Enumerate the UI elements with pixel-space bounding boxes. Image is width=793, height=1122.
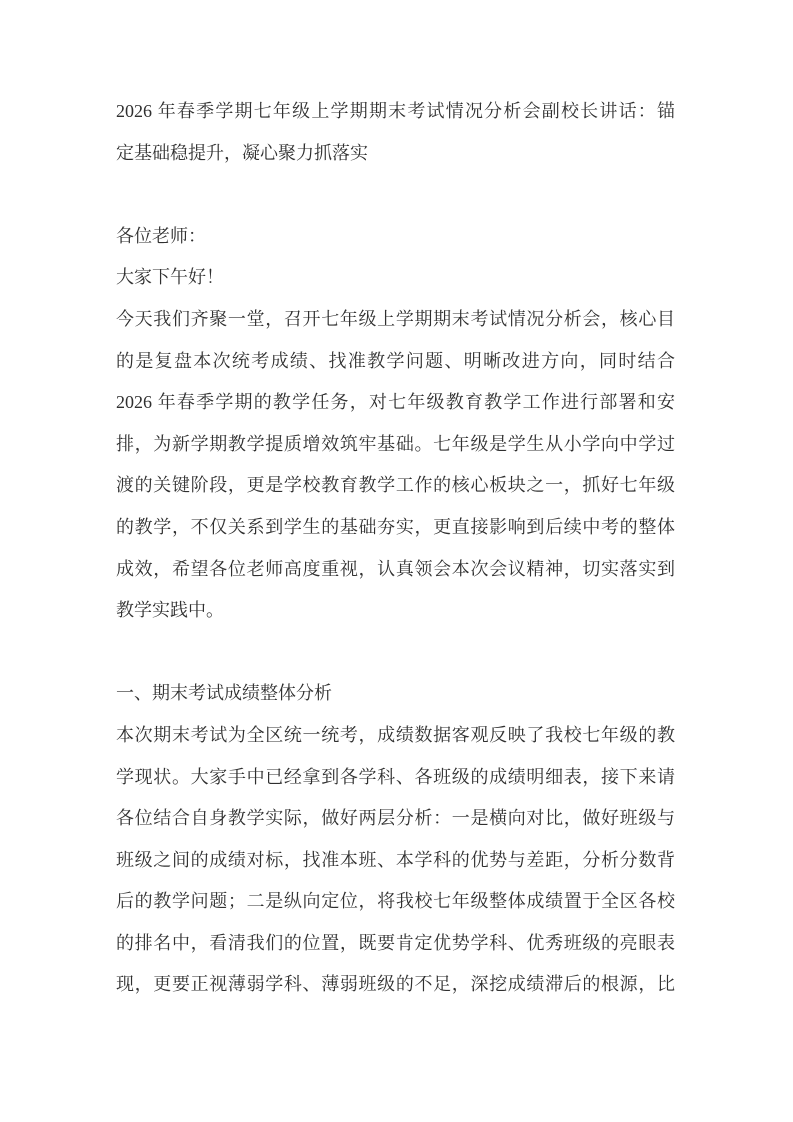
- text-line: 各位结合自身教学实际，做好两层分析：一是横向对比，做好班级与: [116, 798, 675, 840]
- blank-line: [116, 174, 675, 216]
- text-line: 现，更要正视薄弱学科、薄弱班级的不足，深挖成绩滞后的根源，比: [116, 964, 675, 1006]
- text-line: 渡的关键阶段，更是学校教育教学工作的核心板块之一，抓好七年级: [116, 465, 675, 507]
- text-line: 2026 年春季学期七年级上学期期末考试情况分析会副校长讲话：锚: [116, 91, 675, 133]
- blank-line: [116, 632, 675, 674]
- text-line: 学现状。大家手中已经拿到各学科、各班级的成绩明细表，接下来请: [116, 757, 675, 799]
- text-line: 一、期末考试成绩整体分析: [116, 673, 675, 715]
- text-line: 排，为新学期教学提质增效筑牢基础。七年级是学生从小学向中学过: [116, 424, 675, 466]
- salutation: 各位老师：: [116, 216, 675, 258]
- text-line: 各位老师：: [116, 216, 675, 258]
- section-1-paragraph: 本次期末考试为全区统一统考，成绩数据客观反映了我校七年级的教学现状。大家手中已经…: [116, 715, 675, 1006]
- opening-paragraph: 今天我们齐聚一堂，召开七年级上学期期末考试情况分析会，核心目的是复盘本次统考成绩…: [116, 299, 675, 632]
- section-heading-1: 一、期末考试成绩整体分析: [116, 673, 675, 715]
- document-page: 2026 年春季学期七年级上学期期末考试情况分析会副校长讲话：锚定基础稳提升，凝…: [0, 0, 793, 1122]
- text-line: 成效，希望各位老师高度重视，认真领会本次会议精神，切实落实到: [116, 549, 675, 591]
- blank-line-2: [116, 632, 675, 674]
- text-line: 定基础稳提升，凝心聚力抓落实: [116, 133, 675, 175]
- document-title: 2026 年春季学期七年级上学期期末考试情况分析会副校长讲话：锚定基础稳提升，凝…: [116, 91, 675, 174]
- text-line: 的教学，不仅关系到学生的基础夯实，更直接影响到后续中考的整体: [116, 507, 675, 549]
- text-line: 班级之间的成绩对标，找准本班、本学科的优势与差距，分析分数背: [116, 840, 675, 882]
- text-line: 后的教学问题；二是纵向定位，将我校七年级整体成绩置于全区各校: [116, 881, 675, 923]
- text-line: 的是复盘本次统考成绩、找准教学问题、明晰改进方向，同时结合: [116, 341, 675, 383]
- greeting: 大家下午好！: [116, 257, 675, 299]
- text-line: 今天我们齐聚一堂，召开七年级上学期期末考试情况分析会，核心目: [116, 299, 675, 341]
- document-body: 2026 年春季学期七年级上学期期末考试情况分析会副校长讲话：锚定基础稳提升，凝…: [116, 91, 675, 1006]
- text-line: 的排名中，看清我们的位置，既要肯定优势学科、优秀班级的亮眼表: [116, 923, 675, 965]
- text-line: 2026 年春季学期的教学任务，对七年级教育教学工作进行部署和安: [116, 382, 675, 424]
- text-line: 教学实践中。: [116, 590, 675, 632]
- text-line: 大家下午好！: [116, 257, 675, 299]
- text-line: 本次期末考试为全区统一统考，成绩数据客观反映了我校七年级的教: [116, 715, 675, 757]
- blank-line-1: [116, 174, 675, 216]
